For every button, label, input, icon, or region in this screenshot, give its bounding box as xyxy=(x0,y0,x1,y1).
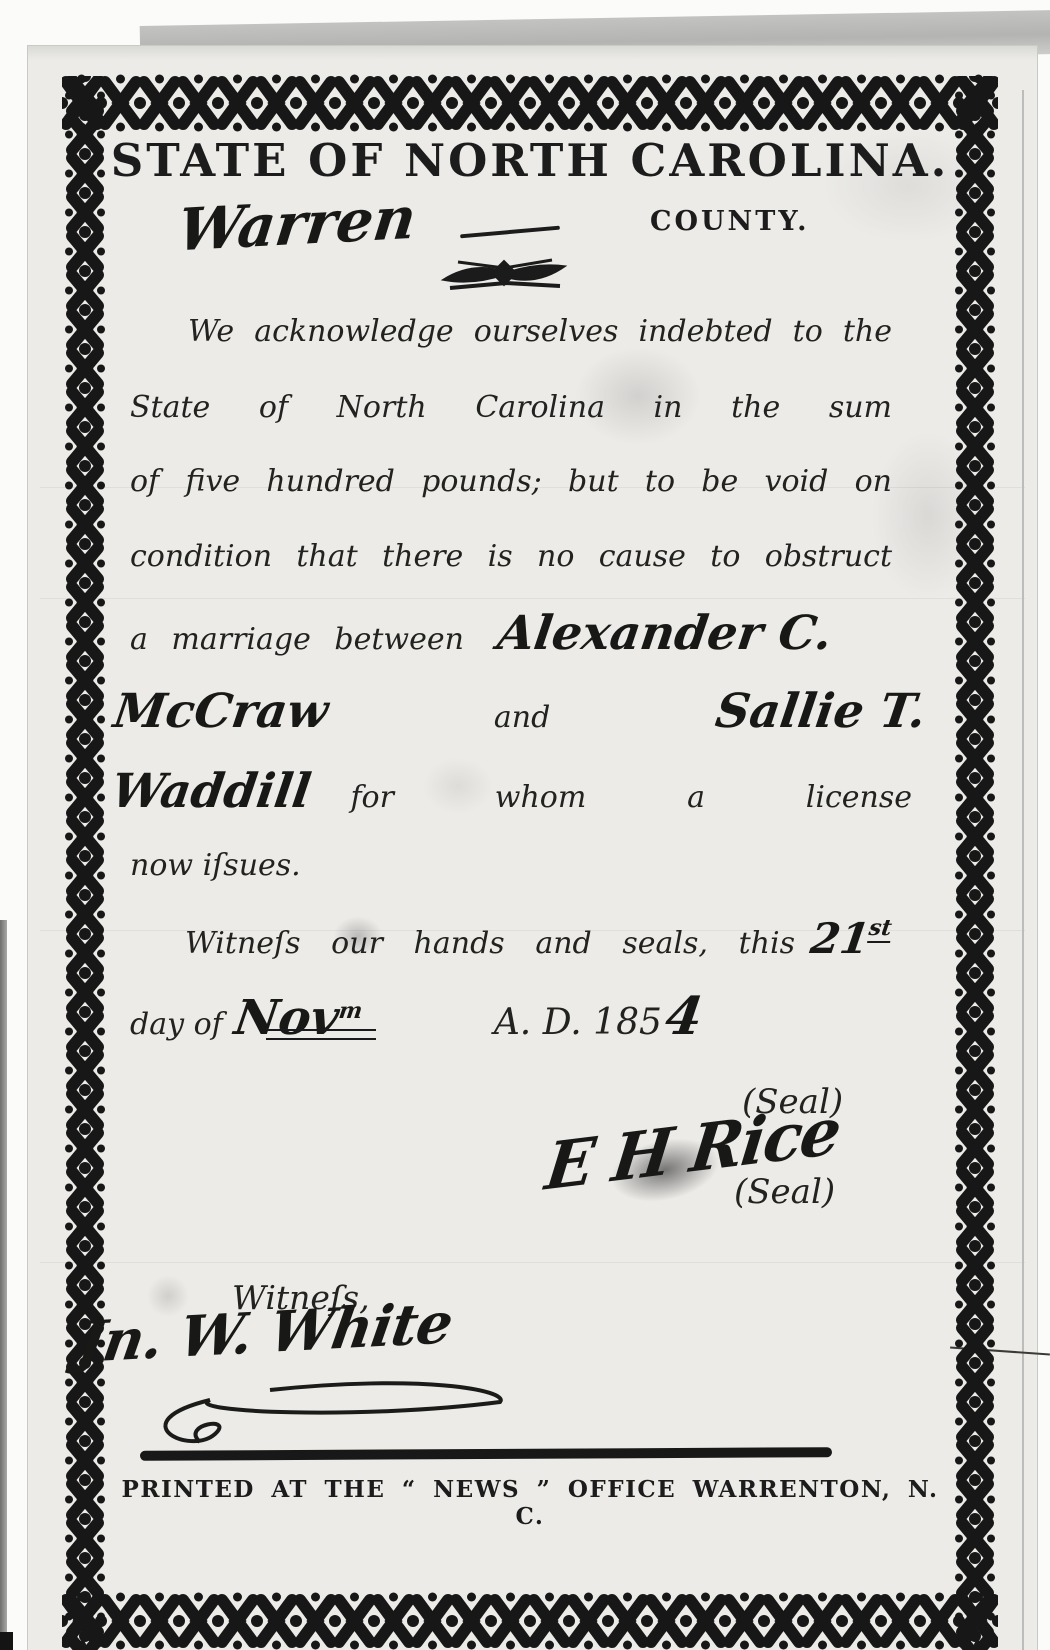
bond-line-3: of five hundred pounds; but to be void o… xyxy=(130,464,892,499)
winged-fleuron-icon xyxy=(436,250,572,300)
month-superscript-handwritten: m xyxy=(337,998,364,1024)
scan-line xyxy=(40,1262,1025,1263)
printed-text: Witneſs our hands and seals, this xyxy=(130,926,795,961)
document-title: STATE OF NORTH CAROLINA. xyxy=(100,134,960,187)
scanned-marriage-bond-document: STATE OF NORTH CAROLINA. Warren COUNTY. … xyxy=(0,0,1050,1650)
year-digit-handwritten: 4 xyxy=(662,986,707,1047)
handwritten-double-underline xyxy=(266,1029,376,1040)
bond-line-5: a marriage between Alexander C. xyxy=(130,606,892,661)
bride-surname-handwritten: Waddill xyxy=(108,764,314,819)
printed-text: day of xyxy=(130,1007,223,1042)
printed-text: a marriage between xyxy=(130,622,464,657)
day-number-handwritten: 21 xyxy=(808,914,873,963)
county-label: COUNTY. xyxy=(650,206,810,237)
attestation-line-2: day of Nov m A. D. 185 4 xyxy=(130,986,892,1047)
scan-line xyxy=(40,598,1025,599)
attestation-line-1: Witneſs our hands and seals, this 21 st xyxy=(130,914,892,963)
printer-imprint: PRINTED AT THE “ NEWS ” OFFICE WARRENTON… xyxy=(100,1476,960,1530)
paper-right-edge xyxy=(1022,90,1024,1650)
bond-line-8: now iſsues. xyxy=(130,848,892,883)
county-name-handwritten: Warren xyxy=(174,184,420,265)
bride-name-handwritten: Sallie T. xyxy=(713,684,930,739)
scan-corner-artifact xyxy=(0,1632,13,1650)
bond-line-7: Waddill for whom a license xyxy=(112,764,912,819)
groom-surname-handwritten: McCraw xyxy=(110,684,331,739)
ornamental-border-right xyxy=(954,76,996,1650)
printed-era: A. D. 185 xyxy=(494,1002,662,1043)
printed-text: for whom a license xyxy=(350,780,912,815)
bond-line-6: McCraw and Sallie T. xyxy=(114,684,926,739)
groom-name-handwritten: Alexander C. xyxy=(494,606,835,661)
ornamental-border-bottom xyxy=(62,1592,998,1650)
ornamental-border-top xyxy=(62,74,998,132)
printed-conjunction: and xyxy=(494,700,550,735)
bond-line-2: State of North Carolina in the sum xyxy=(130,390,892,425)
bond-line-1: We acknowledge ourselves indebted to the xyxy=(130,314,892,349)
scan-left-edge xyxy=(0,920,7,1650)
seal-annotation-bottom: (Seal) xyxy=(734,1172,835,1212)
bond-line-4: condition that there is no cause to obst… xyxy=(130,539,892,574)
day-suffix-handwritten: st xyxy=(867,915,893,943)
seal-annotation-top: (Seal) xyxy=(742,1082,843,1122)
